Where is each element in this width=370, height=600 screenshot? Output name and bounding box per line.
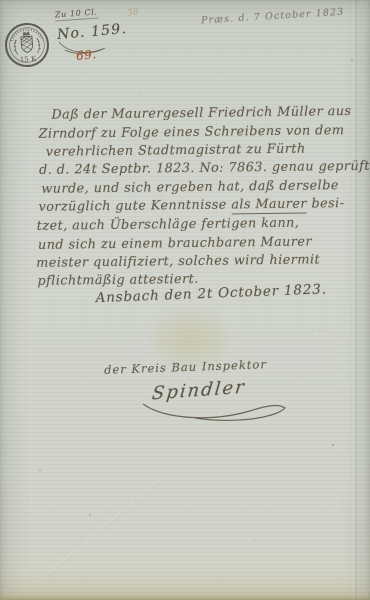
- stamp-denomination: 15 K: [20, 55, 38, 64]
- manuscript-line: vorzüglich gute Kenntnisse als Maurer be…: [38, 196, 344, 215]
- signature-flourish: [135, 396, 305, 426]
- paper-bottom-edge: [0, 592, 370, 600]
- crown-icon: [23, 32, 29, 35]
- revenue-stamp-graphic: 15 K: [1, 19, 52, 70]
- line6-post: besi-: [307, 196, 345, 211]
- manuscript-line: tzet, auch Überschläge fertigen kann,: [37, 216, 300, 234]
- manuscript-body: Daß der Maurergesell Friedrich Müller au…: [0, 0, 370, 2]
- faint-red-pencil-mark: 38: [126, 7, 139, 18]
- manuscript-line: verehrlichen Stadtmagistrat zu Fürth: [46, 142, 306, 160]
- signature-title: der Kreis Bau Inspektor: [104, 357, 267, 377]
- bavarian-shield-icon: [21, 36, 33, 53]
- line6-underlined-phrase: als Maurer: [231, 197, 307, 214]
- revenue-stamp-seal: 15 K: [1, 19, 52, 70]
- manuscript-line: wurde, und sich ergeben hat, daß derselb…: [41, 178, 339, 197]
- manuscript-line: meister qualifiziert, solches wird hierm…: [36, 252, 320, 270]
- line6-pre: vorzüglich gute Kenntnisse: [38, 197, 231, 214]
- presentation-note: Præs. d. 7 October 1823: [201, 7, 345, 27]
- vertical-fold-crease: [353, 0, 357, 600]
- manuscript-line: und sich zu einem brauchbaren Maurer: [38, 234, 312, 252]
- manuscript-line: d. d. 24t Septbr. 1823. No: 7863. genau …: [39, 159, 370, 178]
- diagonal-crease: [37, 479, 161, 583]
- red-folio-number: 69.: [75, 47, 97, 63]
- manuscript-page: 15 K Zu 10 Cl. No. 159. 69. 38 Præs. d. …: [0, 0, 370, 600]
- manuscript-line: Daß der Maurergesell Friedrich Müller au…: [51, 104, 351, 123]
- docket-annotation: Zu 10 Cl.: [55, 8, 98, 22]
- manuscript-line: Zirndorf zu Folge eines Schreibens von d…: [39, 123, 345, 142]
